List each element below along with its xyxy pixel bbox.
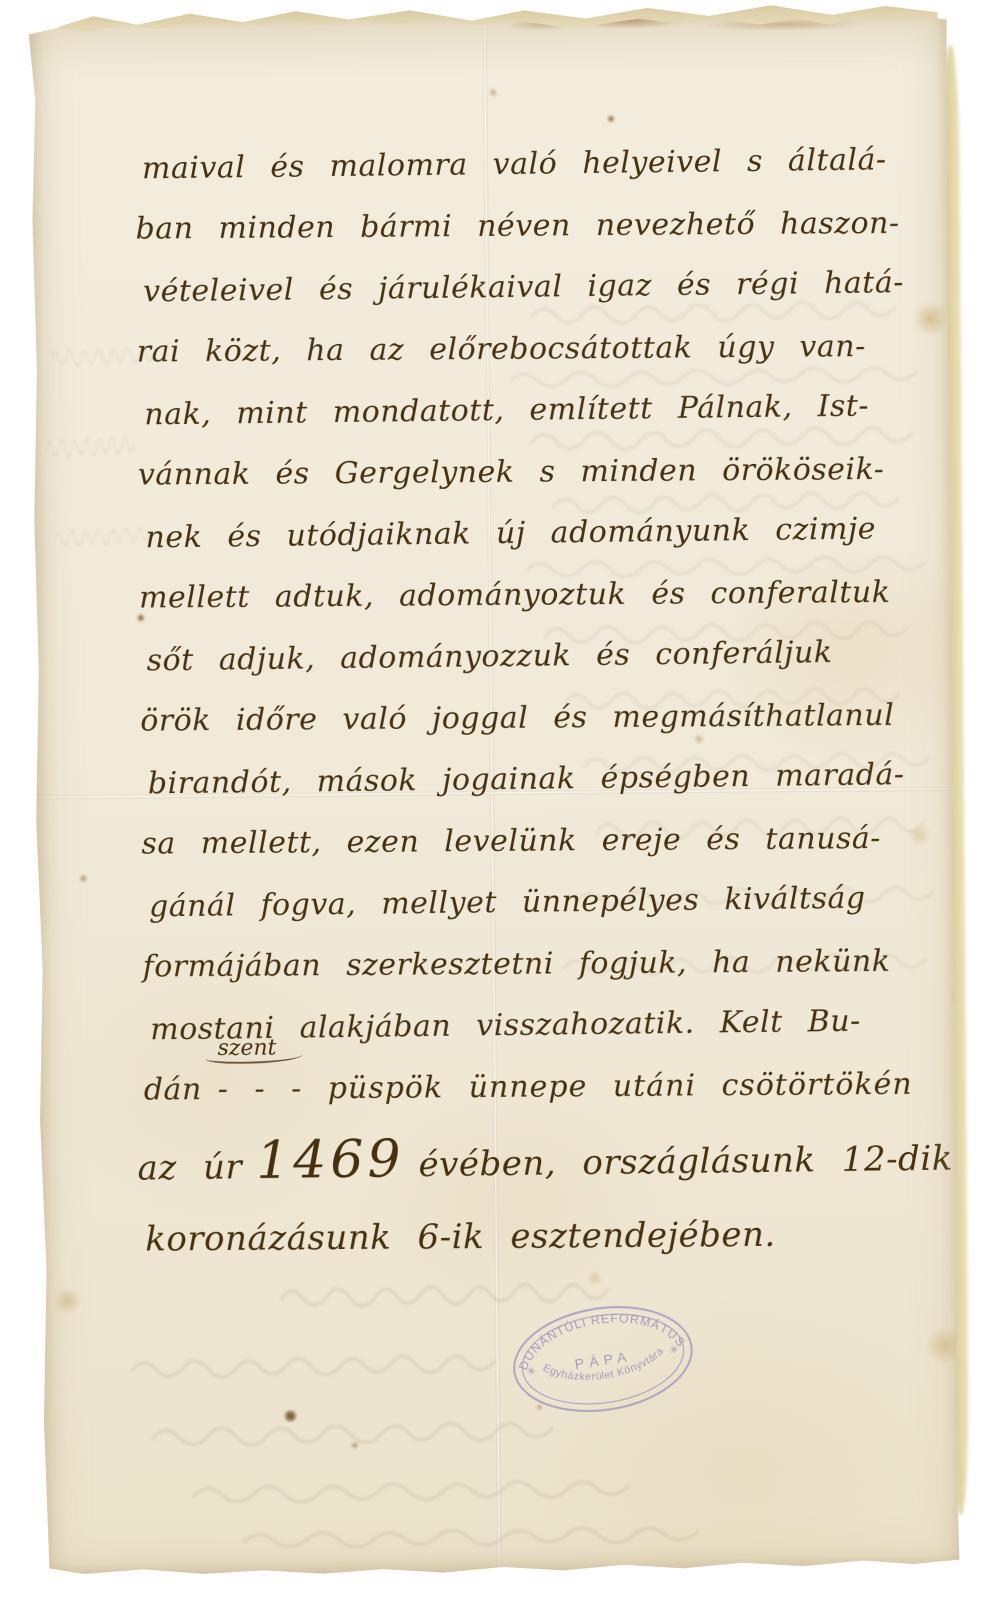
- foxing-spot: [606, 115, 615, 123]
- manuscript-line: vételeivel és járulékaival igaz és régi …: [143, 252, 944, 323]
- manuscript-line-year: az úr1469évében, országlásunk 12-dik: [137, 1113, 952, 1203]
- manuscript-line: örök időre való joggal és megmásíthatlan…: [140, 684, 947, 752]
- manuscript-line: gánál fogva, mellyet ünnepélyes kiváltsá…: [149, 867, 950, 938]
- foxing-spot: [350, 1441, 359, 1449]
- manuscript-line: maival és malomra való helyeivel s által…: [142, 129, 943, 200]
- manuscript-line: mellett adtuk, adományoztuk és conferalt…: [139, 561, 946, 629]
- manuscript-word: dán: [144, 1072, 202, 1107]
- foxing-spot: [488, 88, 498, 97]
- manuscript-page: maival és malomra való helyeivel s által…: [29, 12, 962, 1577]
- manuscript-phrase: - - - püspök ünnepe utáni csötörtökén: [218, 1066, 913, 1106]
- stamp-star-right-icon: ✳: [669, 1344, 680, 1357]
- manuscript-line: rai közt, ha az előrebocsátottak úgy van…: [137, 315, 944, 383]
- manuscript-line-dateline: dánszent- - - püspök ünnepe utáni csötör…: [144, 1053, 951, 1121]
- stamp-star-left-icon: ✳: [526, 1365, 537, 1378]
- foxing-spot: [284, 1410, 297, 1422]
- manuscript-line: sa mellett, ezen levelünk ereje és tanus…: [141, 807, 948, 875]
- manuscript-line: sőt adjuk, adományozzuk és conferáljuk: [146, 621, 947, 692]
- manuscript-line-closing: koronázásunk 6-ik esztendejében.: [145, 1194, 953, 1278]
- manuscript-line: formájában szerkesztetni fogjuk, ha nekü…: [142, 930, 949, 998]
- interlinear-insertion: szent: [217, 1033, 276, 1063]
- manuscript-phrase: az úr: [137, 1147, 242, 1188]
- manuscript-line: birandót, mások jogainak épségben maradá…: [148, 744, 949, 815]
- manuscript-line: nak, mint mondatott, említett Pálnak, Is…: [144, 375, 945, 446]
- foxing-spot: [79, 874, 88, 883]
- foxing-spot: [53, 1288, 83, 1314]
- manuscript-line: ban minden bármi néven nevezhető haszon-: [135, 192, 942, 260]
- manuscript-line: vánnak és Gergelynek s minden örököseik-: [138, 438, 945, 506]
- manuscript-line: nek és utódjaiknak új adományunk czimje: [145, 498, 946, 569]
- manuscript-phrase: évében, országlásunk 12-dik: [418, 1139, 953, 1186]
- library-stamp: DUNÁNTÚLI REFORMÁTUS PÁPA ✳ ✳ Egyházkerü…: [502, 1290, 705, 1429]
- year-1469: 1469: [256, 1129, 405, 1191]
- manuscript-text-block: maival és malomra való helyeivel s által…: [142, 130, 953, 1280]
